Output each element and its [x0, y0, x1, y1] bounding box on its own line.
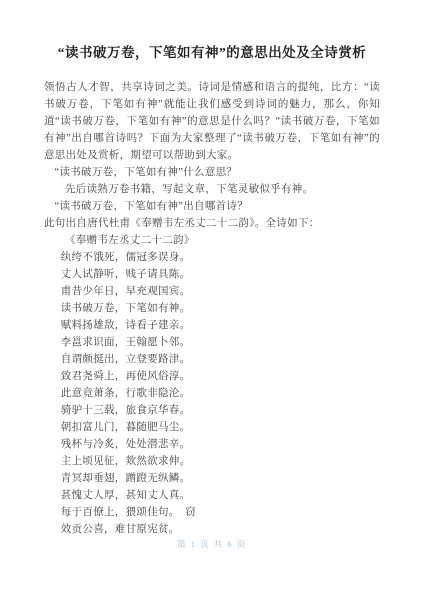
poem-line: 读书破万卷，下笔如有神。: [44, 300, 380, 317]
poem-line: 骑驴十三载，旅食京华春。: [44, 402, 380, 419]
poem-line: 青冥却垂翅，蹭蹬无纵鳞。: [44, 470, 380, 487]
poem-line: 效贡公喜，难甘原宪贫。: [44, 521, 380, 538]
poem-line: 此意竟萧条，行歌非隐沦。: [44, 385, 380, 402]
page-footer: 第 1 页 共 6 页: [0, 538, 424, 550]
poem-line: 主上顷见征，欻然欲求伸。: [44, 453, 380, 470]
poem-line: 甫昔少年日，早充观国宾。: [44, 283, 380, 300]
poem-line: 朝扣富儿门，暮随肥马尘。: [44, 419, 380, 436]
poem-line: 致君尧舜上，再使风俗淳。: [44, 368, 380, 385]
page-number-text: 第 1 页 共 6 页: [177, 539, 247, 549]
poem-line: 每于百僚上，猥颂佳句。 窃: [44, 504, 380, 521]
question-source: “读书破万卷，下笔如有神”出自哪首诗？: [44, 198, 380, 215]
document-page: “读书破万卷，下笔如有神”的意思出处及全诗赏析 领悟古人才智，共享诗词之美。诗词…: [0, 0, 424, 600]
poem-title: 《奉赠韦左丞丈二十二韵》: [44, 232, 380, 249]
question-meaning: “读书破万卷，下笔如有神”什么意思？: [44, 164, 380, 181]
poem-line: 赋料扬雄敌，诗看子建亲。: [44, 317, 380, 334]
poem-line: 自谓颇挺出，立登要路津。: [44, 351, 380, 368]
poem-line: 李邕求识面，王翰愿卜邻。: [44, 334, 380, 351]
page-title: “读书破万卷，下笔如有神”的意思出处及全诗赏析: [30, 44, 394, 62]
poem-line: 甚愧丈人厚，甚知丈人真。: [44, 487, 380, 504]
poem-line: 残杯与冷炙，处处潜悲辛。: [44, 436, 380, 453]
intro-paragraph: 领悟古人才智，共享诗词之美。诗词是情感和语言的提纯，比方：“读书破万卷，下笔如有…: [44, 79, 380, 164]
poem-line: 纨绔不饿死，儒冠多误身。: [44, 249, 380, 266]
answer-meaning: 先后读熟万卷书籍，写起文章，下笔灵敏似乎有神。: [44, 181, 380, 198]
source-line: 此句出自唐代杜甫《奉赠韦左丞丈二十二韵》。全诗如下：: [44, 215, 380, 232]
poem-block: 纨绔不饿死，儒冠多误身。 丈人试静听，贱子请具陈。 甫昔少年日，早充观国宾。 读…: [44, 249, 380, 538]
poem-line: 丈人试静听，贱子请具陈。: [44, 266, 380, 283]
